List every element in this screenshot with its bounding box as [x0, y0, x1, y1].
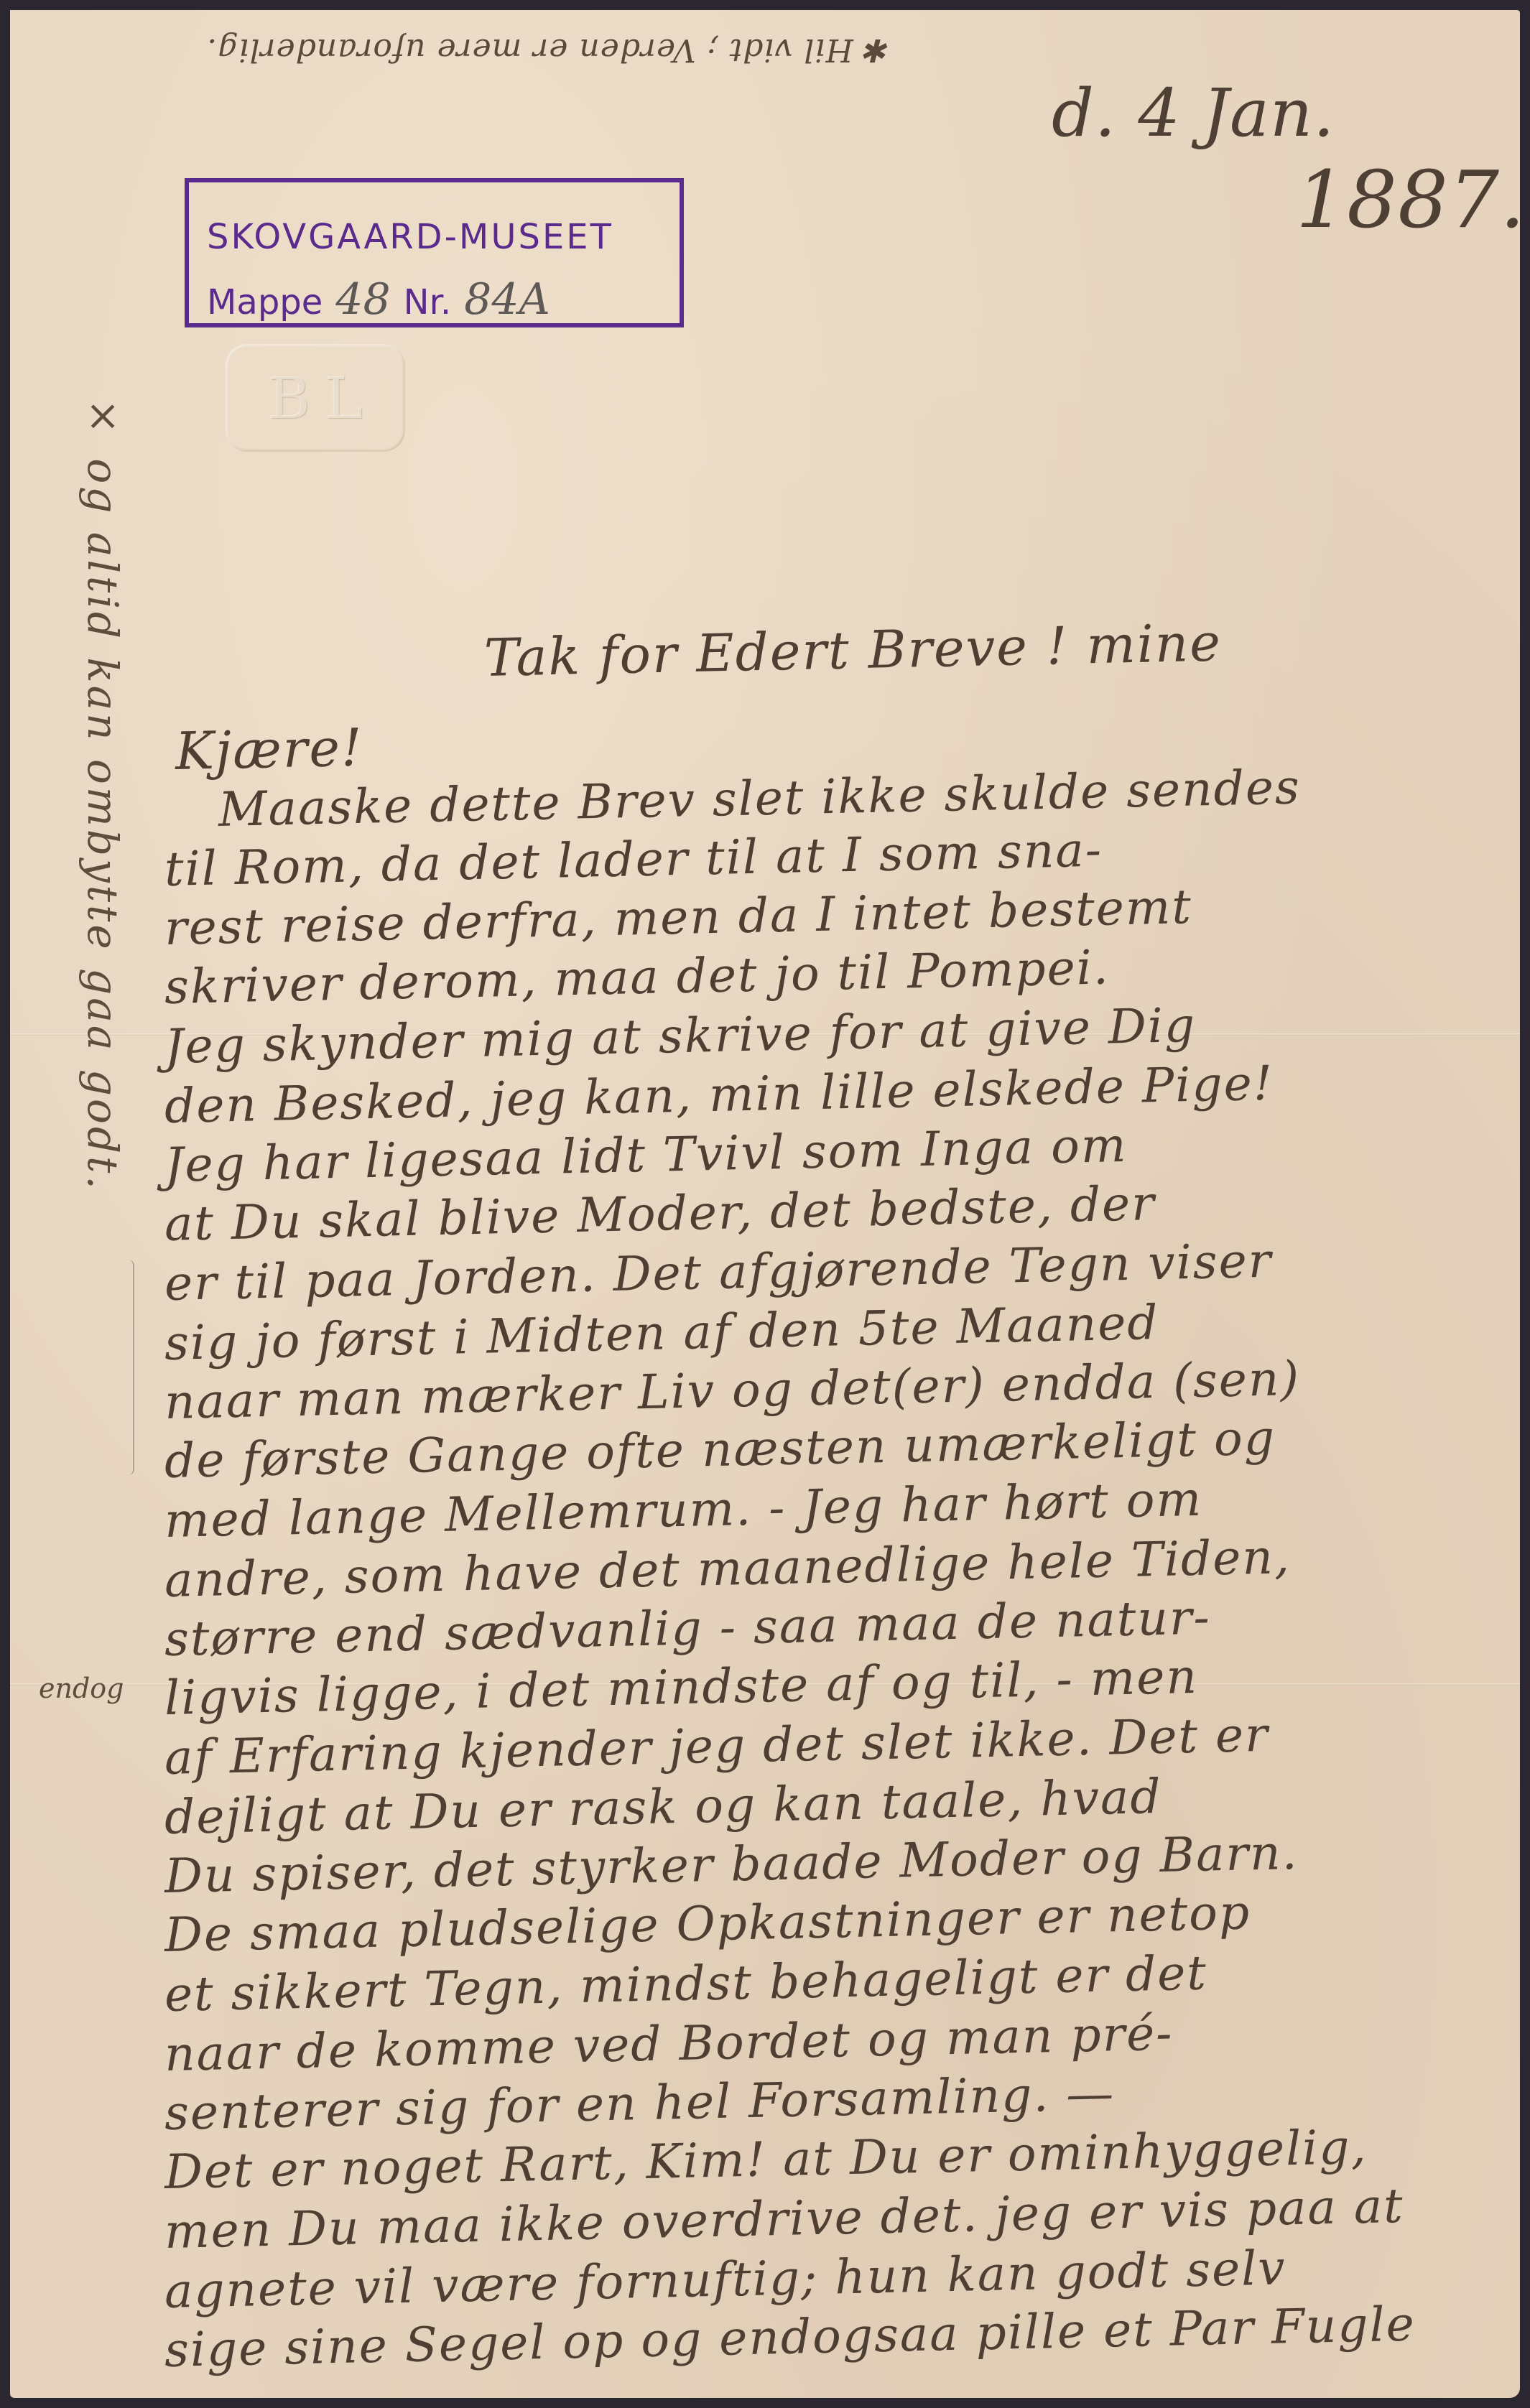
letter-line: Maaske dette Brev slet ikke skulde sende… — [218, 759, 1301, 837]
date-year: 1887. — [1296, 154, 1526, 246]
monogram-letter: L — [325, 365, 363, 432]
thanks-line: Tak for Edert Breve ! mine — [483, 613, 1222, 688]
monogram-letter: B — [268, 365, 310, 432]
stamp-folder-number: 48 — [335, 274, 390, 325]
left-margin-note: × og altid kan ombytte gaa godt. — [78, 391, 127, 1192]
pencil-mark — [129, 1260, 134, 1475]
stamp-folder-label: Mappe — [207, 282, 323, 322]
stamp-item-number: 84A — [464, 274, 550, 325]
date-day: d. 4 Jan. — [1052, 75, 1335, 152]
embossed-monogram-icon: B L — [226, 344, 405, 452]
letter-page: ✱ Hil vidt ; Verden er mere uforanderlig… — [10, 10, 1520, 2398]
upside-down-note: ✱ Hil vidt ; Verden er mere uforanderlig… — [53, 32, 1044, 68]
stamp-institution: SKOVGAARD-MUSEET — [207, 217, 613, 257]
margin-insertion-note: endog — [39, 1673, 124, 1704]
stamp-folder-row: Mappe48Nr.84A — [207, 274, 563, 325]
salutation: Kjære! — [175, 717, 363, 781]
stamp-number-label: Nr. — [404, 282, 452, 322]
museum-stamp: SKOVGAARD-MUSEET Mappe48Nr.84A — [185, 178, 684, 327]
